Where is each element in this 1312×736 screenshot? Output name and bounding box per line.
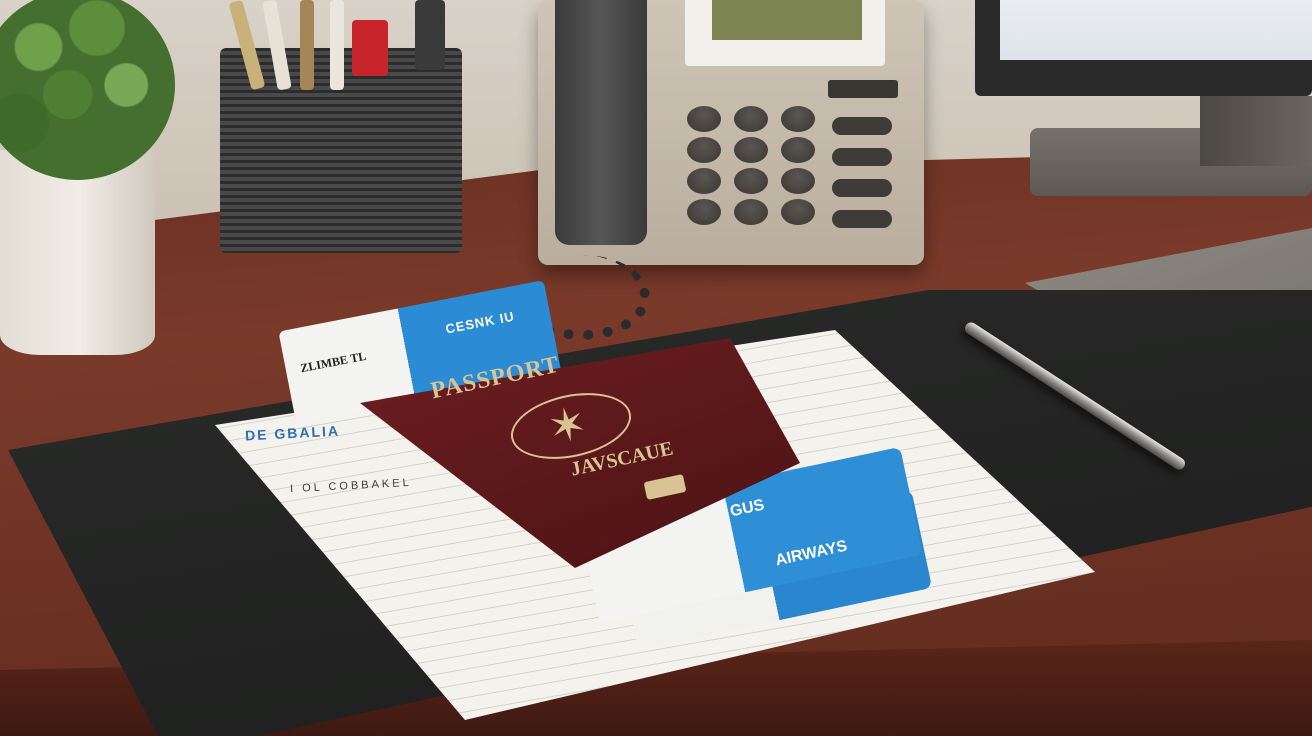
red-marker — [352, 20, 388, 76]
monitor-stand — [1200, 96, 1312, 166]
phone-key — [781, 137, 815, 163]
phone-function-key — [832, 210, 892, 228]
phone-key — [687, 106, 721, 132]
phone-key — [734, 199, 768, 225]
phone-function-key — [832, 179, 892, 197]
phone-key — [687, 137, 721, 163]
phone-key — [734, 137, 768, 163]
phone-key — [781, 106, 815, 132]
phone-key — [781, 199, 815, 225]
phone-key — [734, 168, 768, 194]
plant-pot — [0, 150, 155, 355]
phone-key — [687, 168, 721, 194]
marker — [415, 0, 445, 70]
pencil — [300, 0, 314, 90]
monitor-screen — [1000, 0, 1312, 60]
pencil — [330, 0, 344, 90]
phone-key — [781, 168, 815, 194]
phone-display-button — [828, 80, 898, 98]
phone-display — [712, 0, 862, 40]
phone-function-key — [832, 148, 892, 166]
phone-key — [734, 106, 768, 132]
phone-handset — [555, 0, 647, 245]
phone-function-key — [832, 117, 892, 135]
phone-key — [687, 199, 721, 225]
